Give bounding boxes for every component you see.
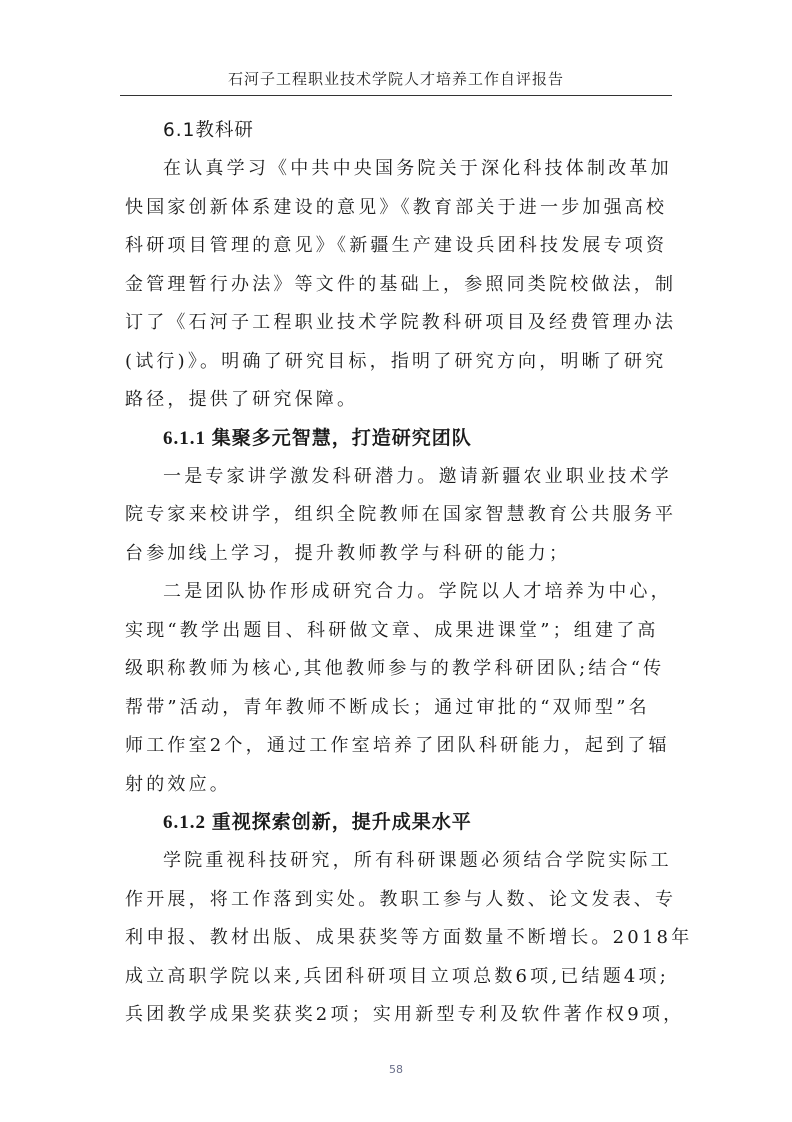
text-line: 成立高职学院以来,兵团科研项目立项总数6项,已结题4项; (125, 958, 673, 997)
page-number: 58 (0, 1063, 792, 1076)
text-line: 在认真学习《中共中央国务院关于深化科技体制改革加 (125, 150, 673, 189)
text-line: (试行)》。明确了研究目标，指明了研究方向，明晰了研究 (125, 343, 673, 382)
header-rule (120, 95, 672, 96)
text-line: 师工作室2个，通过工作室培养了团队科研能力，起到了辐 (125, 727, 673, 766)
section-heading-6-1: 6.1教科研 (125, 112, 673, 150)
text-line: 金管理暂行办法》等文件的基础上，参照同类院校做法，制 (125, 266, 673, 305)
paragraph-research-achievements: 学院重视科技研究，所有科研课题必须结合学院实际工 作开展，将工作落到实处。教职工… (125, 842, 673, 1035)
text-line: 实现“教学出题目、科研做文章、成果进课堂”；组建了高 (125, 612, 673, 651)
section-heading-6-1-1: 6.1.1 集聚多元智慧，打造研究团队 (125, 420, 673, 458)
page-body: 6.1教科研 在认真学习《中共中央国务院关于深化科技体制改革加 快国家创新体系建… (125, 112, 673, 1035)
text-line: 一是专家讲学激发科研潜力。邀请新疆农业职业技术学 (125, 458, 673, 497)
text-line: 学院重视科技研究，所有科研课题必须结合学院实际工 (125, 842, 673, 881)
text-line: 射的效应。 (125, 766, 673, 805)
text-line: 兵团教学成果奖获奖2项；实用新型专利及软件著作权9项， (125, 996, 673, 1035)
text-line: 利申报、教材出版、成果获奖等方面数量不断增长。2018年 (125, 919, 673, 958)
text-line: 台参加线上学习，提升教师教学与科研的能力； (125, 535, 673, 574)
text-line: 帮带”活动，青年教师不断成长；通过审批的“双师型”名 (125, 689, 673, 728)
paragraph-team-collaboration: 二是团队协作形成研究合力。学院以人才培养为中心， 实现“教学出题目、科研做文章、… (125, 573, 673, 804)
text-line: 路径，提供了研究保障。 (125, 381, 673, 420)
text-line: 科研项目管理的意见》《新疆生产建设兵团科技发展专项资 (125, 227, 673, 266)
text-line: 快国家创新体系建设的意见》《教育部关于进一步加强高校 (125, 189, 673, 228)
paragraph-6-1-intro: 在认真学习《中共中央国务院关于深化科技体制改革加 快国家创新体系建设的意见》《教… (125, 150, 673, 420)
text-line: 二是团队协作形成研究合力。学院以人才培养为中心， (125, 573, 673, 612)
text-line: 院专家来校讲学，组织全院教师在国家智慧教育公共服务平 (125, 496, 673, 535)
text-line: 作开展，将工作落到实处。教职工参与人数、论文发表、专 (125, 881, 673, 920)
section-heading-6-1-2: 6.1.2 重视探索创新，提升成果水平 (125, 804, 673, 842)
paragraph-expert-lectures: 一是专家讲学激发科研潜力。邀请新疆农业职业技术学 院专家来校讲学，组织全院教师在… (125, 458, 673, 574)
text-line: 订了《石河子工程职业技术学院教科研项目及经费管理办法 (125, 304, 673, 343)
text-line: 级职称教师为核心,其他教师参与的教学科研团队;结合“传 (125, 650, 673, 689)
running-header-title: 石河子工程职业技术学院人才培养工作自评报告 (120, 68, 672, 89)
